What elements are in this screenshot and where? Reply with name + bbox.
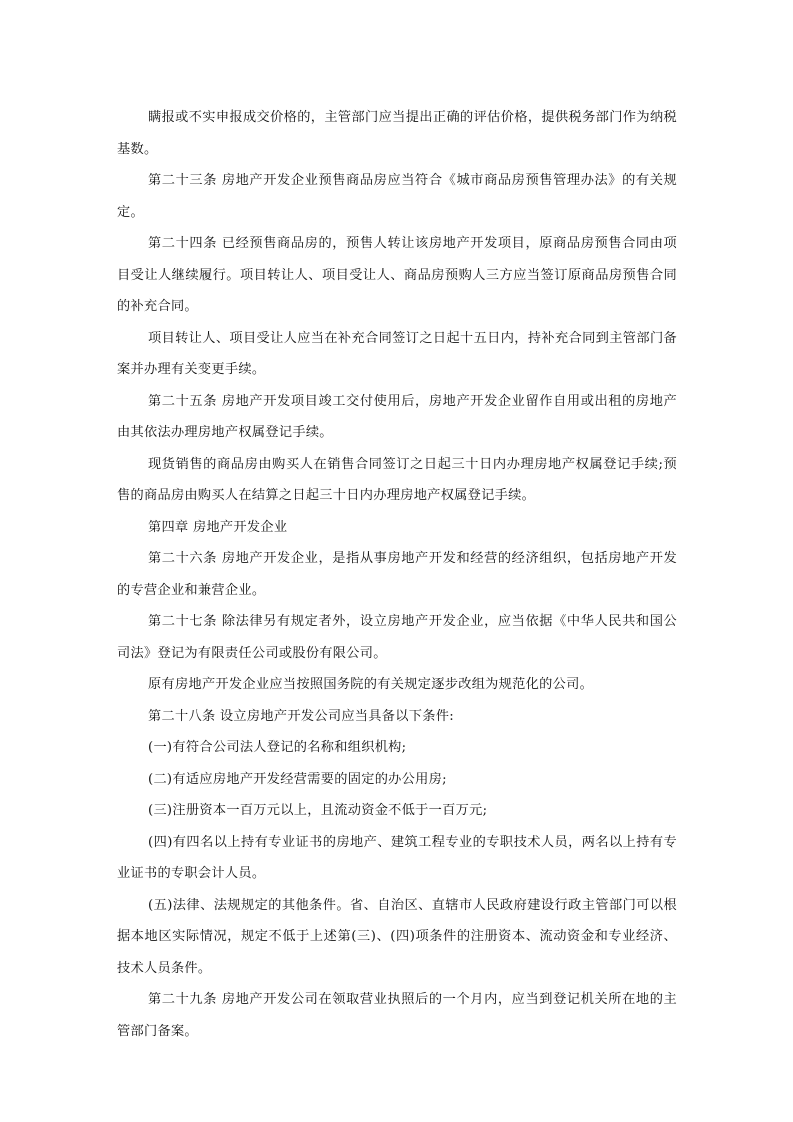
list-item-condition-2: (二)有适应房地产开发经营需要的固定的办公用房;: [117, 764, 677, 796]
list-item-condition-3: (三)注册资本一百万元以上，且流动资金不低于一百万元;: [117, 795, 677, 827]
paragraph-article-26: 第二十六条 房地产开发企业，是指从事房地产开发和经营的经济组织，包括房地产开发的…: [117, 543, 677, 606]
paragraph-article-24: 第二十四条 已经预售商品房的，预售人转让该房地产开发项目，原商品房预售合同由项目…: [117, 228, 677, 323]
paragraph-article-25: 第二十五条 房地产开发项目竣工交付使用后，房地产开发企业留作自用或出租的房地产由…: [117, 386, 677, 449]
paragraph-article-28: 第二十八条 设立房地产开发公司应当具备以下条件:: [117, 701, 677, 733]
document-page: 瞒报或不实申报成交价格的，主管部门应当提出正确的评估价格，提供税务部门作为纳税基…: [117, 102, 677, 1047]
paragraph-article-27: 第二十七条 除法律另有规定者外，设立房地产开发企业，应当依据《中华人民共和国公司…: [117, 606, 677, 669]
paragraph-article-25-registration: 现货销售的商品房由购买人在销售合同签订之日起三十日内办理房地产权属登记手续;预售…: [117, 449, 677, 512]
list-item-condition-5: (五)法律、法规规定的其他条件。省、自治区、直辖市人民政府建设行政主管部门可以根…: [117, 890, 677, 985]
paragraph-article-24-filing: 项目转让人、项目受让人应当在补充合同签订之日起十五日内，持补充合同到主管部门备案…: [117, 323, 677, 386]
list-item-condition-1: (一)有符合公司法人登记的名称和组织机构;: [117, 732, 677, 764]
paragraph-article-29: 第二十九条 房地产开发公司在领取营业执照后的一个月内，应当到登记机关所在地的主管…: [117, 984, 677, 1047]
paragraph-article-27-restructure: 原有房地产开发企业应当按照国务院的有关规定逐步改组为规范化的公司。: [117, 669, 677, 701]
paragraph-tax-basis: 瞒报或不实申报成交价格的，主管部门应当提出正确的评估价格，提供税务部门作为纳税基…: [117, 102, 677, 165]
chapter-heading-4: 第四章 房地产开发企业: [117, 512, 677, 544]
paragraph-article-23: 第二十三条 房地产开发企业预售商品房应当符合《城市商品房预售管理办法》的有关规定…: [117, 165, 677, 228]
list-item-condition-4: (四)有四名以上持有专业证书的房地产、建筑工程专业的专职技术人员，两名以上持有专…: [117, 827, 677, 890]
